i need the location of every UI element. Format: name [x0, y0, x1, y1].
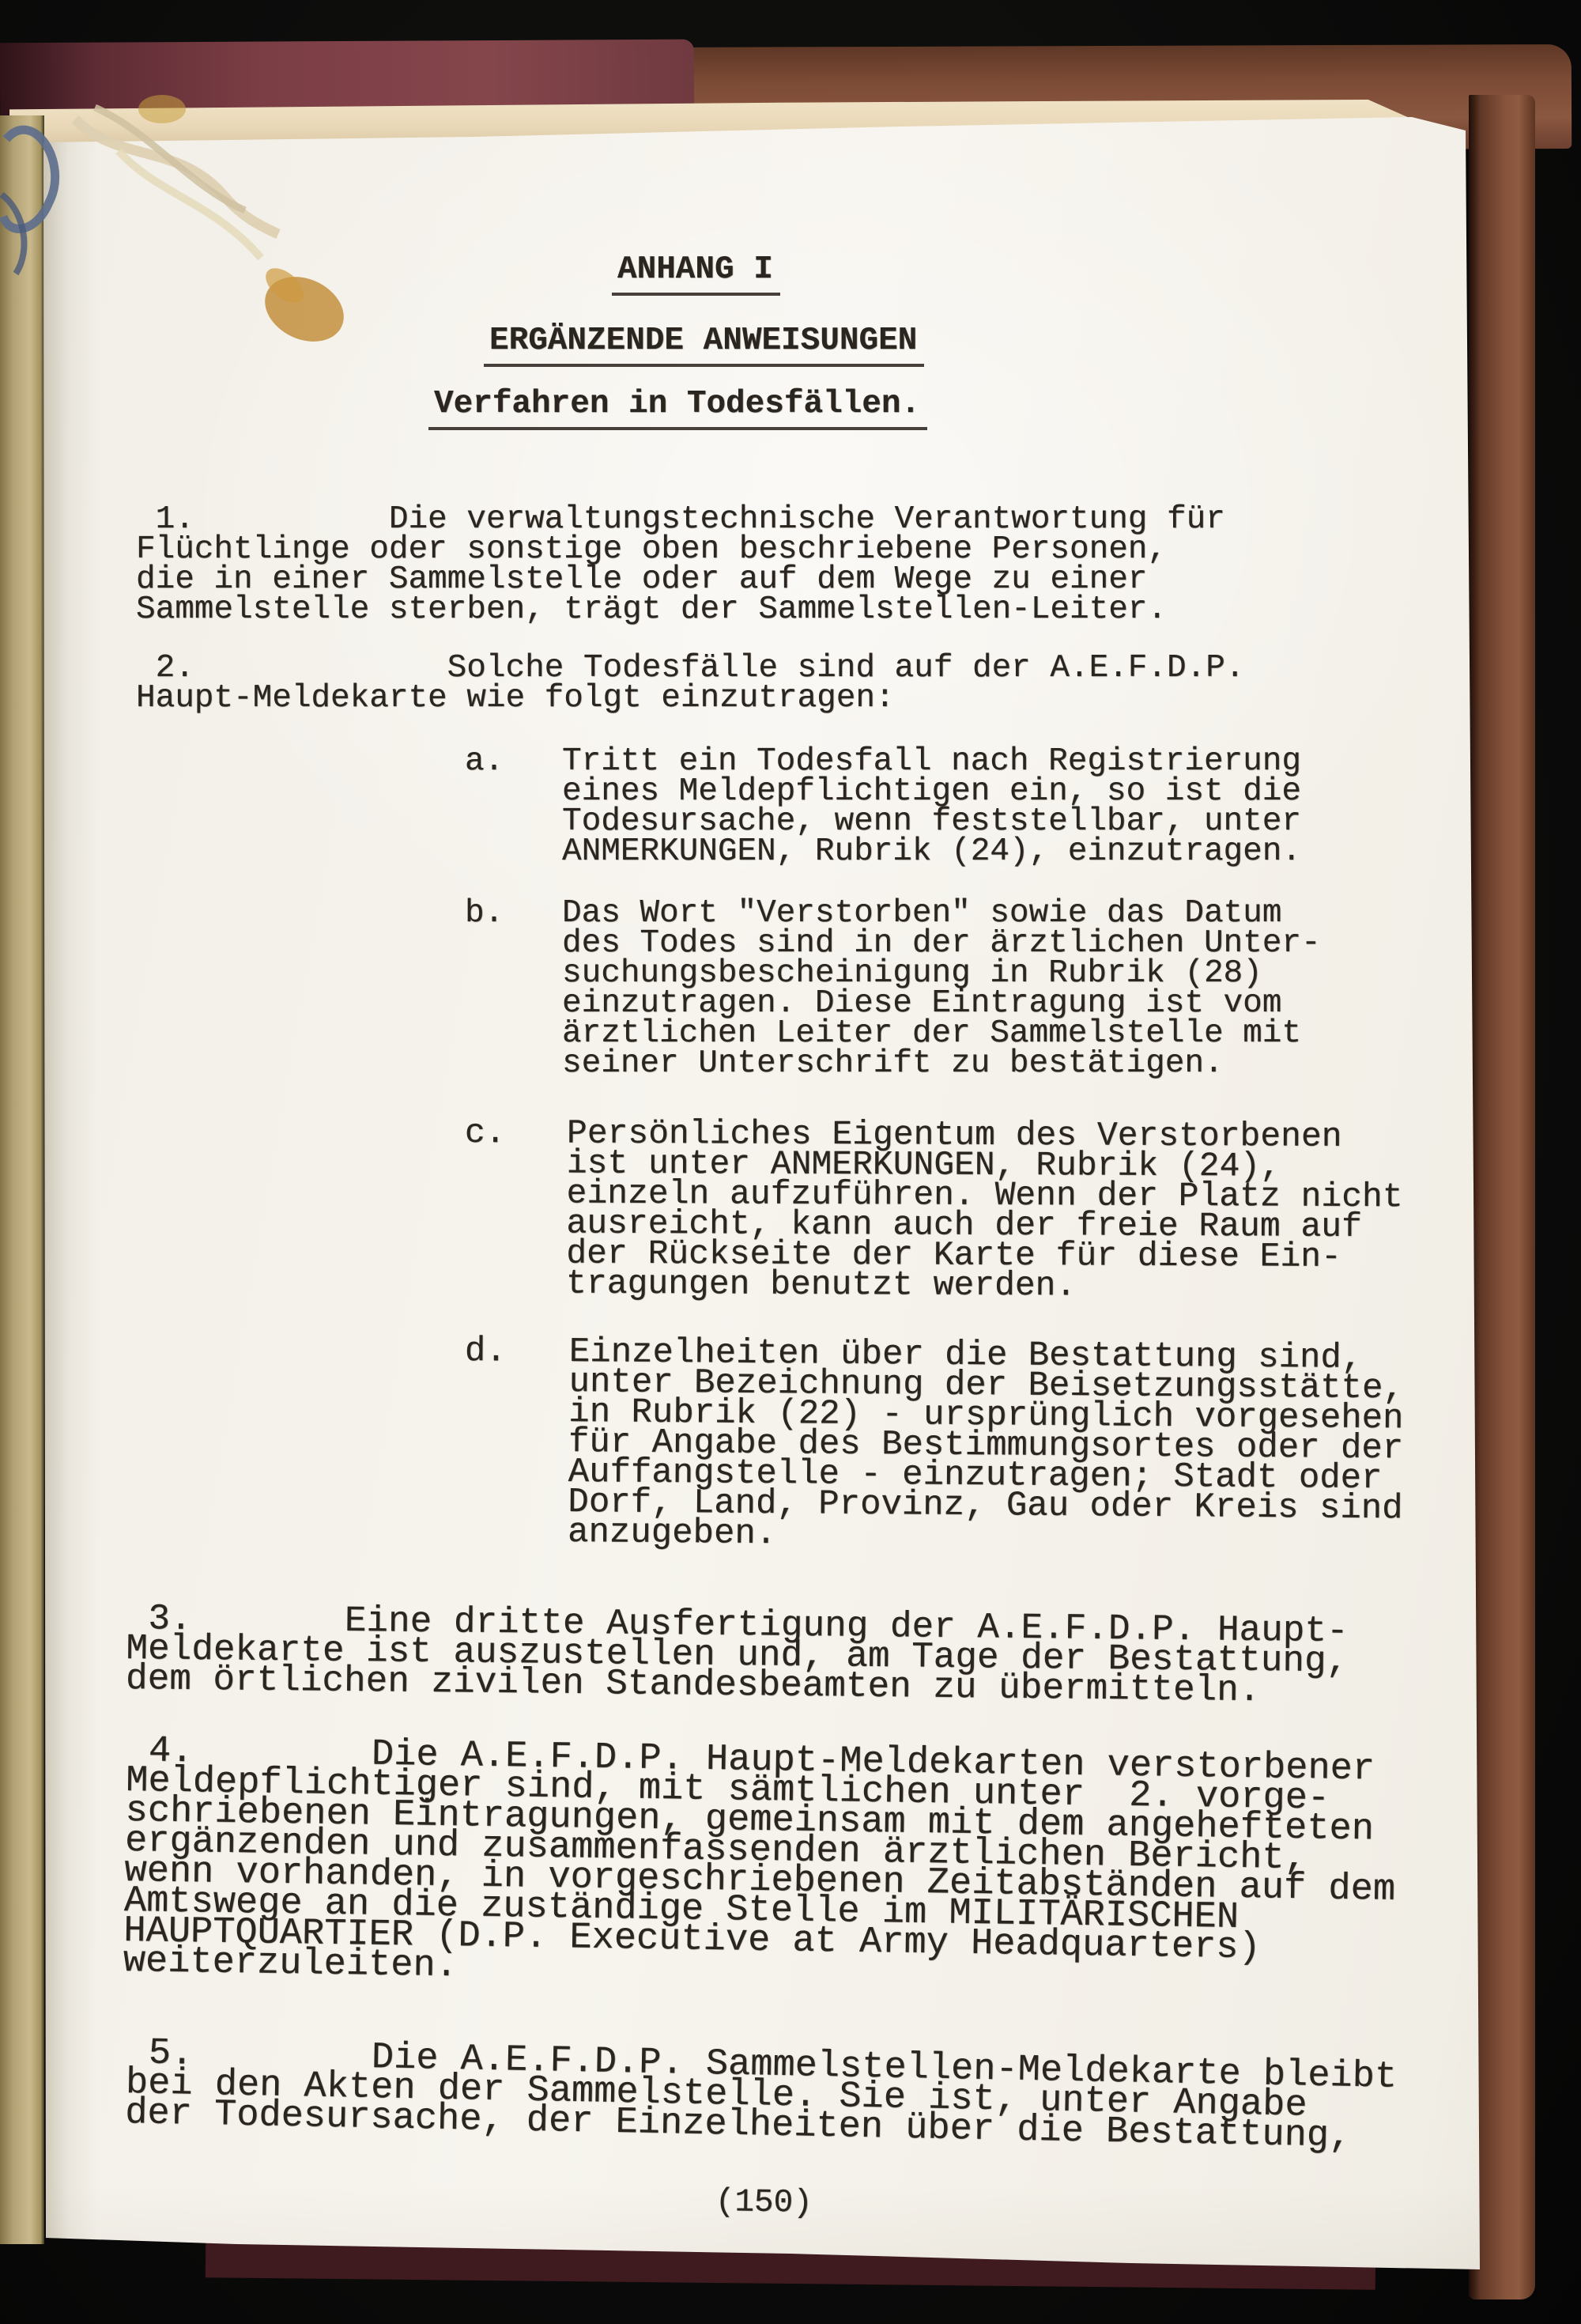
title-ergaenzende-text: ERGÄNZENDE ANWEISUNGEN [484, 323, 924, 367]
paragraph-2: 2. Solche Todesfälle sind auf der A.E.F.… [136, 653, 1244, 713]
paragraph-3: 3. Eine dritte Ausfertigung der A.E.F.D.… [126, 1604, 1349, 1706]
title-verfahren-todesfaelle: Verfahren in Todesfällen. [435, 389, 927, 419]
gutter-shadow [43, 138, 99, 2242]
title-ergaenzende-anweisungen: ERGÄNZENDE ANWEISUNGEN [490, 326, 924, 356]
page-number: (150) [715, 2187, 813, 2219]
item-b: b. Das Wort "Verstorben" sowie das Datum… [465, 898, 1321, 1079]
photographed-book-page: ANHANG I ERGÄNZENDE ANWEISUNGEN Verfahre… [0, 0, 1581, 2324]
title-verfahren-text: Verfahren in Todesfällen. [428, 386, 927, 430]
item-d: d. Einzelheiten über die Bestattung sind… [463, 1336, 1404, 1554]
page-block-gutter [0, 115, 44, 2244]
item-a: a. Tritt ein Todesfall nach Registrierun… [465, 746, 1301, 867]
item-c: c. Persönliches Eigentum des Verstorbene… [464, 1118, 1403, 1302]
paragraph-5: 5. Die A.E.F.D.P. Sammelstellen-Meldekar… [125, 2039, 1398, 2153]
book-cover-right-edge [1469, 95, 1535, 2299]
paragraph-1: 1. Die verwaltungstechnische Verantwortu… [136, 504, 1225, 625]
paragraph-4: 4. Die A.E.F.D.P. Haupt-Meldekarten vers… [123, 1736, 1397, 1996]
title-anhang: ANHANG I [618, 255, 780, 285]
frayed-threads-icon [0, 76, 372, 361]
title-anhang-text: ANHANG I [612, 251, 780, 296]
